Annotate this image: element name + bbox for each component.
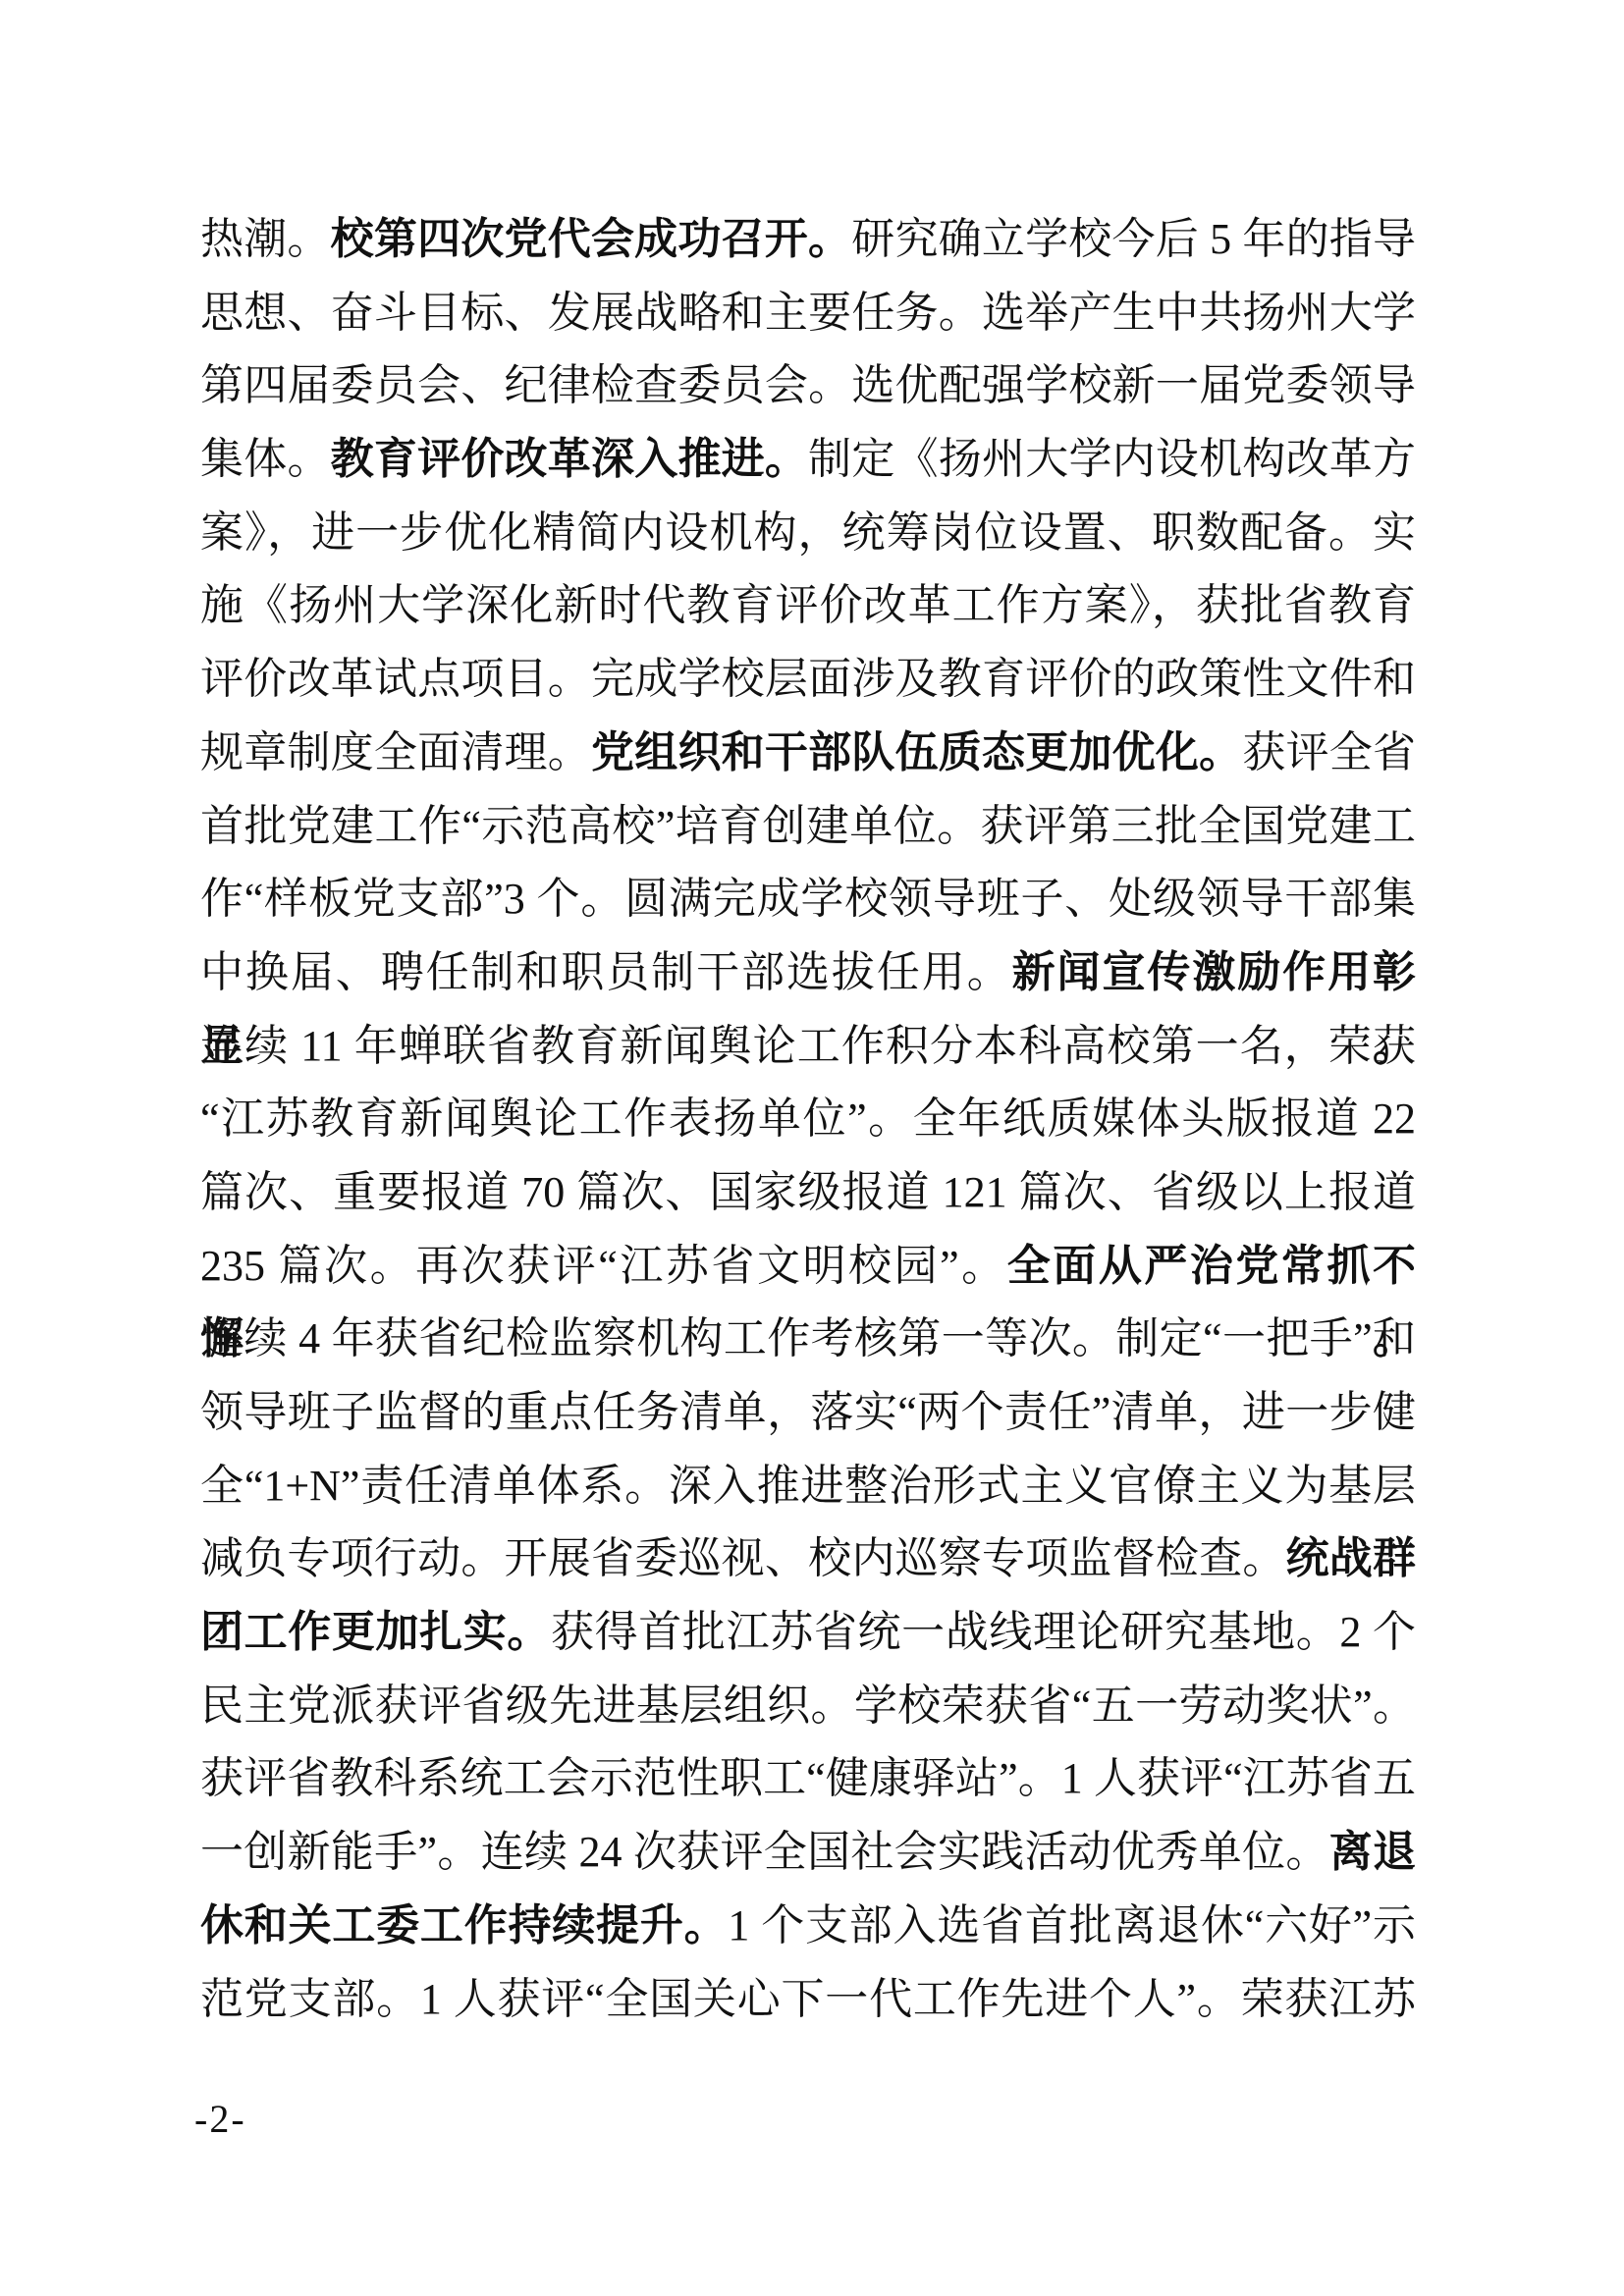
text-run: 规章制度全面清理。 [200,728,591,776]
text-run: 研究确立学校今后 5 年的指导 [851,215,1416,263]
text-line: 一创新能手”。连续 24 次获评全国社会实践活动优秀单位。离退 [200,1816,1416,1890]
text-run: 减负专项行动。开展省委巡视、校内巡察专项监督检查。 [200,1534,1286,1582]
text-line: 第四届委员会、纪律检查委员会。选优配强学校新一届党委领导 [200,349,1416,423]
text-run: 制定《扬州大学内设机构改革方 [808,435,1416,483]
text-run: 案》，进一步优化精简内设机构，统筹岗位设置、职数配备。实 [200,508,1416,557]
text-run: 全“1+N”责任清单体系。深入推进整治形式主义官僚主义为基层 [200,1462,1416,1510]
text-run: 评价改革试点项目。完成学校层面涉及教育评价的政策性文件和 [200,655,1416,703]
text-run: 作“样板党支部”3 个。圆满完成学校领导班子、处级领导干部集 [200,875,1416,923]
text-line: 首批党建工作“示范高校”培育创建单位。获评第三批全国党建工 [200,790,1416,864]
text-run-bold: 教育评价改革深入推进。 [331,435,808,483]
text-run: 领导班子监督的重点任务清单，落实“两个责任”清单，进一步健 [200,1388,1416,1436]
text-line: 民主党派获评省级先进基层组织。学校荣获省“五一劳动奖状”。 [200,1670,1416,1743]
text-line: 思想、奋斗目标、发展战略和主要任务。选举产生中共扬州大学 [200,277,1416,350]
text-line: 评价改革试点项目。完成学校层面涉及教育评价的政策性文件和 [200,643,1416,717]
text-run: 获评全省 [1242,728,1416,776]
text-run: 连续 11 年蝉联省教育新闻舆论工作积分本科高校第一名，荣获 [200,1022,1416,1070]
text-line: 范党支部。1 人获评“全国关心下一代工作先进个人”。荣获江苏 [200,1963,1416,2037]
text-run-bold: 统战群 [1286,1534,1416,1582]
text-line: 休和关工委工作持续提升。1 个支部入选省首批离退休“六好”示 [200,1890,1416,1963]
text-line: 案》，进一步优化精简内设机构，统筹岗位设置、职数配备。实 [200,497,1416,570]
text-run: 一创新能手”。连续 24 次获评全国社会实践活动优秀单位。 [200,1828,1329,1876]
text-run-bold: 离退 [1329,1828,1416,1876]
text-run: 连续 4 年获省纪检监察机构工作考核第一等次。制定“一把手”和 [200,1314,1416,1362]
document-page: 热潮。校第四次党代会成功召开。研究确立学校今后 5 年的指导思想、奋斗目标、发展… [0,0,1624,2296]
text-run-bold: 党组织和干部队伍质态更加优化。 [591,728,1242,776]
text-line: 作“样板党支部”3 个。圆满完成学校领导班子、处级领导干部集 [200,863,1416,936]
text-run: 235 篇次。再次获评“江苏省文明校园”。 [200,1242,1007,1290]
page-number: -2- [194,2098,246,2141]
text-run: 第四届委员会、纪律检查委员会。选优配强学校新一届党委领导 [200,361,1416,409]
text-run: 集体。 [200,435,331,483]
text-line: 连续 11 年蝉联省教育新闻舆论工作积分本科高校第一名，荣获 [200,1010,1416,1084]
text-line: 获评省教科系统工会示范性职工“健康驿站”。1 人获评“江苏省五 [200,1742,1416,1816]
document-body-text: 热潮。校第四次党代会成功召开。研究确立学校今后 5 年的指导思想、奋斗目标、发展… [200,203,1416,2036]
text-line: “江苏教育新闻舆论工作表扬单位”。全年纸质媒体头版报道 22 [200,1083,1416,1156]
text-line: 集体。教育评价改革深入推进。制定《扬州大学内设机构改革方 [200,423,1416,497]
text-run-bold: 休和关工委工作持续提升。 [200,1901,728,1949]
text-line: 施《扬州大学深化新时代教育评价改革工作方案》，获批省教育 [200,569,1416,643]
text-run: 思想、奋斗目标、发展战略和主要任务。选举产生中共扬州大学 [200,289,1416,337]
text-run: “江苏教育新闻舆论工作表扬单位”。全年纸质媒体头版报道 22 [200,1095,1416,1143]
text-run: 施《扬州大学深化新时代教育评价改革工作方案》，获批省教育 [200,581,1416,629]
text-run: 首批党建工作“示范高校”培育创建单位。获评第三批全国党建工 [200,802,1416,850]
text-line: 篇次、重要报道 70 篇次、国家级报道 121 篇次、省级以上报道 [200,1156,1416,1230]
text-line: 团工作更加扎实。获得首批江苏省统一战线理论研究基地。2 个 [200,1596,1416,1670]
text-run: 热潮。 [200,215,331,263]
text-line: 中换届、聘任制和职员制干部选拔任用。新闻宣传激励作用彰显。 [200,936,1416,1010]
text-line: 全“1+N”责任清单体系。深入推进整治形式主义官僚主义为基层 [200,1450,1416,1523]
text-line: 规章制度全面清理。党组织和干部队伍质态更加优化。获评全省 [200,717,1416,790]
text-run: 范党支部。1 人获评“全国关心下一代工作先进个人”。荣获江苏 [200,1975,1416,2023]
text-line: 235 篇次。再次获评“江苏省文明校园”。全面从严治党常抓不懈。 [200,1230,1416,1304]
text-line: 热潮。校第四次党代会成功召开。研究确立学校今后 5 年的指导 [200,203,1416,277]
text-run: 获得首批江苏省统一战线理论研究基地。2 个 [551,1608,1416,1656]
text-run: 民主党派获评省级先进基层组织。学校荣获省“五一劳动奖状”。 [200,1682,1416,1730]
text-run: 中换届、聘任制和职员制干部选拔任用。 [200,948,1012,996]
text-line: 连续 4 年获省纪检监察机构工作考核第一等次。制定“一把手”和 [200,1303,1416,1376]
text-run: 获评省教科系统工会示范性职工“健康驿站”。1 人获评“江苏省五 [200,1754,1416,1802]
text-line: 减负专项行动。开展省委巡视、校内巡察专项监督检查。统战群 [200,1522,1416,1596]
text-line: 领导班子监督的重点任务清单，落实“两个责任”清单，进一步健 [200,1376,1416,1450]
text-run-bold: 校第四次党代会成功召开。 [331,215,852,263]
text-run: 篇次、重要报道 70 篇次、国家级报道 121 篇次、省级以上报道 [200,1168,1416,1216]
text-run: 1 个支部入选省首批离退休“六好”示 [728,1901,1416,1949]
text-run-bold: 团工作更加扎实。 [200,1608,551,1656]
